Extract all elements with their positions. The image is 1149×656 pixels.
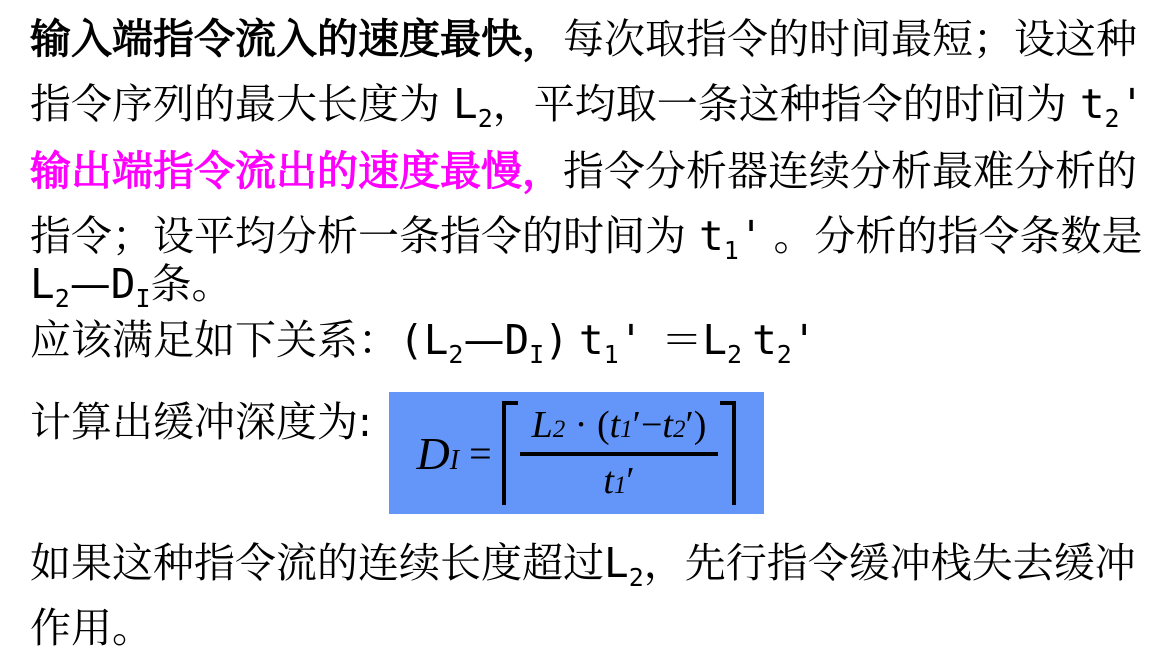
formula-t1: t xyxy=(610,404,621,446)
emphasis-output-slowest: 输出端指令流出的速度最慢， xyxy=(30,147,563,195)
subscript: 1 xyxy=(620,416,633,443)
body-text: ，平均取一条这种指令的时间为 xyxy=(493,80,1080,128)
body-text: 如果这种指令流的连续长度超过 xyxy=(30,539,604,587)
symbol-t2-prime: t xyxy=(752,316,777,364)
line-8: 如果这种指令流的连续长度超过L2，先行指令缓冲栈失去缓冲 xyxy=(30,538,1136,603)
slide-page: { "colors": { "background": "#FFFFFF", "… xyxy=(0,0,1149,656)
formula-L: L xyxy=(532,404,553,446)
body-text: 条。 xyxy=(151,260,233,308)
symbol-L2: L xyxy=(30,260,55,308)
fraction-numerator: L2 · (t1′−t2′) xyxy=(520,403,719,456)
formula-equals: = xyxy=(469,430,492,477)
prime-mark: ' xyxy=(619,316,644,364)
equals-sign: ＝ xyxy=(661,316,702,364)
subscript: I xyxy=(529,340,544,369)
symbol-t2-prime: t xyxy=(1080,80,1105,128)
prime-minus: ′− xyxy=(633,404,663,446)
body-text: ，先行指令缓冲栈失去缓冲 xyxy=(644,539,1136,587)
body-text: 指令分析器连续分析最难分析的 xyxy=(563,147,1137,195)
subscript: 1 xyxy=(614,472,627,499)
formula-fraction: L2 · (t1′−t2′) t1′ xyxy=(520,403,719,503)
subscript: 2 xyxy=(777,340,792,369)
ceiling-right-bracket xyxy=(720,401,736,505)
line-2: 指令序列的最大长度为 L2，平均取一条这种指令的时间为 t2' xyxy=(30,79,1144,144)
formula-t1: t xyxy=(603,460,614,502)
subscript: 2 xyxy=(629,563,644,592)
body-text: 应该满足如下关系： xyxy=(30,316,399,364)
symbol-DI: D xyxy=(504,316,529,364)
ceiling-left-bracket xyxy=(502,401,518,505)
symbol-L2: L xyxy=(453,80,478,128)
subscript: 2 xyxy=(727,340,742,369)
emphasis-input-fastest: 输入端指令流入的速度最快， xyxy=(30,15,563,63)
line-9: 作用。 xyxy=(30,603,153,653)
prime-mark: ' xyxy=(739,212,764,260)
body-text: 指令；设平均分析一条指令的时间为 xyxy=(30,212,699,260)
formula-D: D xyxy=(417,428,450,479)
subscript: 2 xyxy=(553,416,566,443)
line-3: 输出端指令流出的速度最慢，指令分析器连续分析最难分析的 xyxy=(30,146,1137,196)
minus-dash: — xyxy=(70,260,111,308)
formula-D-subscript: I xyxy=(450,445,459,476)
dot-open-paren: · ( xyxy=(565,404,609,446)
subscript: 1 xyxy=(724,236,739,265)
line-6-relation: 应该满足如下关系：(L2—DI)t1'＝L2t2' xyxy=(30,315,817,380)
formula-box: DI = L2 · (t1′−t2′) t1′ xyxy=(389,392,764,514)
subscript: 2 xyxy=(1105,104,1120,133)
line-7-label: 计算出缓冲深度为: xyxy=(30,397,372,447)
open-paren: ( xyxy=(399,316,424,364)
body-text: 每次取指令的时间最短；设这种 xyxy=(563,15,1137,63)
document-body: 输入端指令流入的速度最快，每次取指令的时间最短；设这种 指令序列的最大长度为 L… xyxy=(0,0,1149,656)
body-text: 作用。 xyxy=(30,604,153,652)
prime-close-paren: ′) xyxy=(685,404,706,446)
fraction-denominator: t1′ xyxy=(603,456,634,503)
subscript: 2 xyxy=(448,340,463,369)
subscript: I xyxy=(135,284,150,313)
buffer-depth-label: 计算出缓冲深度为: xyxy=(30,398,372,446)
subscript: 1 xyxy=(604,340,619,369)
body-text: 指令序列的最大长度为 xyxy=(30,80,453,128)
line-1: 输入端指令流入的速度最快，每次取指令的时间最短；设这种 xyxy=(30,14,1137,64)
symbol-t1-prime: t xyxy=(699,212,724,260)
formula-t2: t xyxy=(662,404,673,446)
subscript: 2 xyxy=(478,104,493,133)
formula-lhs-DI: DI xyxy=(417,427,460,480)
prime-mark: ′ xyxy=(626,460,634,502)
symbol-L2: L xyxy=(604,539,629,587)
symbol-L2: L xyxy=(702,316,727,364)
body-text: 。分析的指令条数是 xyxy=(773,212,1142,260)
prime-mark: ' xyxy=(792,316,817,364)
prime-mark: ' xyxy=(1120,80,1145,128)
symbol-DI: D xyxy=(111,260,136,308)
symbol-L2: L xyxy=(424,316,449,364)
close-paren: ) xyxy=(544,316,569,364)
minus-dash: — xyxy=(463,316,504,364)
symbol-t1-prime: t xyxy=(579,316,604,364)
subscript: 2 xyxy=(673,416,686,443)
subscript: 2 xyxy=(55,284,70,313)
